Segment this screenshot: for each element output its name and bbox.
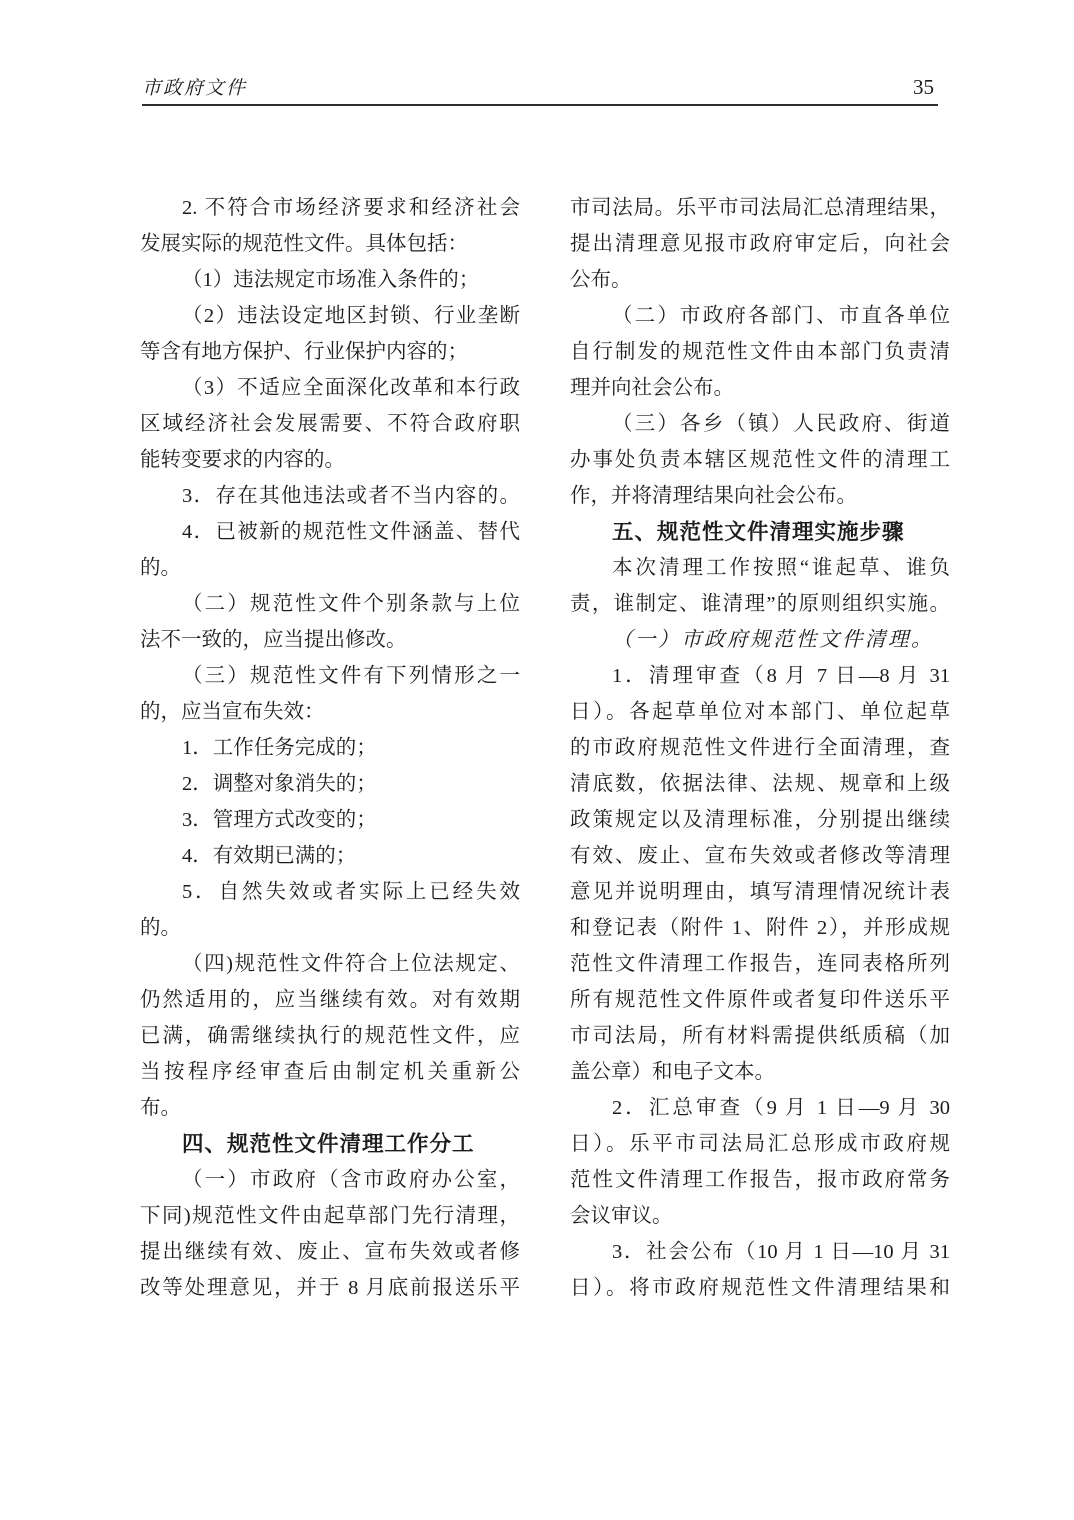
- text-line: 理并向社会公布。: [570, 370, 950, 406]
- text-line: 5．自然失效或者实际上已经失效: [140, 874, 520, 910]
- text-line: 政策规定以及清理标准，分别提出继续: [570, 802, 950, 838]
- text-line: 责，谁制定、谁清理”的原则组织实施。: [570, 586, 950, 622]
- text-line: 和登记表（附件 1、附件 2），并形成规: [570, 910, 950, 946]
- text-line: 布。: [140, 1090, 520, 1126]
- text-line: （一）市政府（含市政府办公室，: [140, 1162, 520, 1198]
- text-line: 的。: [140, 910, 520, 946]
- text-line: 范性文件清理工作报告，连同表格所列: [570, 946, 950, 982]
- text-line: 盖公章）和电子文本。: [570, 1054, 950, 1090]
- text-line: 2．调整对象消失的；: [140, 766, 520, 802]
- text-line: 3．社会公布（10 月 1 日—10 月 31: [570, 1234, 950, 1270]
- right-text-column: 市司法局。乐平市司法局汇总清理结果，提出清理意见报市政府审定后，向社会公布。（二…: [570, 190, 950, 1306]
- text-line: （2）违法设定地区封锁、行业垄断: [140, 298, 520, 334]
- left-text-column: 2. 不符合市场经济要求和经济社会发展实际的规范性文件。具体包括：（1）违法规定…: [140, 190, 520, 1306]
- text-line: （1）违法规定市场准入条件的；: [140, 262, 520, 298]
- text-line: 清底数，依据法律、法规、规章和上级: [570, 766, 950, 802]
- text-line: 市司法局。乐平市司法局汇总清理结果，: [570, 190, 950, 226]
- text-line: 有效、废止、宣布失效或者修改等清理: [570, 838, 950, 874]
- text-line: 2．汇总审查（9 月 1 日—9 月 30: [570, 1090, 950, 1126]
- text-line: 的。: [140, 550, 520, 586]
- text-line: 范性文件清理工作报告，报市政府常务: [570, 1162, 950, 1198]
- text-line: 发展实际的规范性文件。具体包括：: [140, 226, 520, 262]
- text-line: 会议审议。: [570, 1198, 950, 1234]
- text-line: 日）。乐平市司法局汇总形成市政府规: [570, 1126, 950, 1162]
- text-line: 当按程序经审查后由制定机关重新公: [140, 1054, 520, 1090]
- text-line: 1．工作任务完成的；: [140, 730, 520, 766]
- text-line: （二）规范性文件个别条款与上位: [140, 586, 520, 622]
- text-line: （二）市政府各部门、市直各单位: [570, 298, 950, 334]
- text-line: 四、规范性文件清理工作分工: [140, 1126, 520, 1162]
- text-line: 等含有地方保护、行业保护内容的；: [140, 334, 520, 370]
- document-page: 市政府文件 35 2. 不符合市场经济要求和经济社会发展实际的规范性文件。具体包…: [0, 0, 1074, 1520]
- text-line: （四)规范性文件符合上位法规定、: [140, 946, 520, 982]
- page-header: 市政府文件 35: [142, 70, 938, 106]
- text-line: 已满，确需继续执行的规范性文件，应: [140, 1018, 520, 1054]
- text-line: 作，并将清理结果向社会公布。: [570, 478, 950, 514]
- text-line: 仍然适用的，应当继续有效。对有效期: [140, 982, 520, 1018]
- text-line: 下同)规范性文件由起草部门先行清理，: [140, 1198, 520, 1234]
- text-line: 公布。: [570, 262, 950, 298]
- text-line: 2. 不符合市场经济要求和经济社会: [140, 190, 520, 226]
- text-line: 办事处负责本辖区规范性文件的清理工: [570, 442, 950, 478]
- text-line: 区域经济社会发展需要、不符合政府职: [140, 406, 520, 442]
- page-number: 35: [913, 75, 938, 100]
- text-line: 3．存在其他违法或者不当内容的。: [140, 478, 520, 514]
- text-line: 的市政府规范性文件进行全面清理，查: [570, 730, 950, 766]
- text-line: （一）市政府规范性文件清理。: [570, 622, 950, 658]
- text-line: 五、规范性文件清理实施步骤: [570, 514, 950, 550]
- text-line: 本次清理工作按照“谁起草、谁负: [570, 550, 950, 586]
- text-line: （三）各乡（镇）人民政府、街道: [570, 406, 950, 442]
- text-line: 所有规范性文件原件或者复印件送乐平: [570, 982, 950, 1018]
- text-line: 4．有效期已满的；: [140, 838, 520, 874]
- text-line: 能转变要求的内容的。: [140, 442, 520, 478]
- text-line: 提出清理意见报市政府审定后，向社会: [570, 226, 950, 262]
- text-line: 4．已被新的规范性文件涵盖、替代: [140, 514, 520, 550]
- text-line: 市司法局，所有材料需提供纸质稿（加: [570, 1018, 950, 1054]
- text-line: 日）。将市政府规范性文件清理结果和: [570, 1270, 950, 1306]
- text-line: 1．清理审查（8 月 7 日—8 月 31: [570, 658, 950, 694]
- header-title: 市政府文件: [142, 73, 247, 100]
- text-line: 3．管理方式改变的；: [140, 802, 520, 838]
- text-line: 意见并说明理由，填写清理情况统计表: [570, 874, 950, 910]
- text-line: （三）规范性文件有下列情形之一: [140, 658, 520, 694]
- text-line: 的，应当宣布失效：: [140, 694, 520, 730]
- text-line: 自行制发的规范性文件由本部门负责清: [570, 334, 950, 370]
- text-line: 提出继续有效、废止、宣布失效或者修: [140, 1234, 520, 1270]
- text-line: 日）。各起草单位对本部门、单位起草: [570, 694, 950, 730]
- text-line: 改等处理意见，并于 8 月底前报送乐平: [140, 1270, 520, 1306]
- text-line: （3）不适应全面深化改革和本行政: [140, 370, 520, 406]
- text-line: 法不一致的，应当提出修改。: [140, 622, 520, 658]
